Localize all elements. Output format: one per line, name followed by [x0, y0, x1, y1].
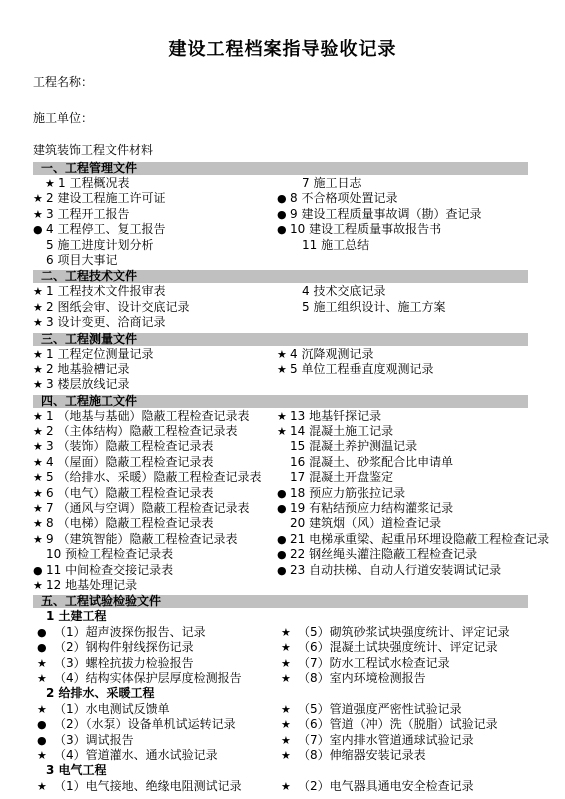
star-marker-icon: ★: [37, 656, 54, 671]
checklist-item: ★13 地基钎探记录: [277, 409, 528, 424]
star-marker-icon: ★: [281, 640, 298, 655]
checklist-item: ●8 不合格项处置记录: [277, 191, 528, 206]
star-marker-icon: ★: [33, 377, 46, 392]
item-text: 15 混凝土养护测温记录: [290, 439, 417, 453]
checklist-row: 6 项目大事记: [33, 253, 528, 268]
checklist-row: ★9 （建筑智能）隐蔽工程检查记录表●21 电梯承重梁、起重吊环埋设隐蔽工程检查…: [33, 532, 528, 547]
star-marker-icon: ★: [33, 470, 46, 485]
item-text: 20 建筑烟（风）道检查记录: [290, 516, 441, 530]
item-text: （6）混凝土试块强度统计、评定记录: [298, 640, 498, 654]
dot-marker-icon: ●: [37, 625, 54, 640]
checklist-item: 11 施工总结: [277, 238, 528, 253]
checklist-item: ●（1）超声波探伤报告、记录: [33, 625, 281, 640]
dot-marker-icon: ●: [277, 501, 290, 516]
star-marker-icon: ★: [33, 486, 46, 501]
section-header: 五、工程试验检验文件: [33, 595, 528, 608]
item-text: 2 （主体结构）隐蔽工程检查记录表: [46, 424, 237, 438]
dot-marker-icon: ●: [277, 563, 290, 578]
checklist-row: ★8 （电梯）隐蔽工程检查记录表20 建筑烟（风）道检查记录: [33, 516, 528, 531]
star-marker-icon: ★: [281, 625, 298, 640]
checklist-row: ★2 图纸会审、设计交底记录5 施工组织设计、施工方案: [33, 300, 528, 315]
checklist-item: ★3 （装饰）隐蔽工程检查记录表: [33, 439, 277, 454]
item-text: 8 （电梯）隐蔽工程检查记录表: [46, 516, 213, 530]
checklist-row: ★（4）结构实体保护层厚度检测报告★（8）室内环境检测报告: [33, 671, 528, 686]
checklist-item: ★2 地基验槽记录: [33, 362, 277, 377]
checklist-item: ★（5）砌筑砂浆试块强度统计、评定记录: [281, 625, 528, 640]
document-page: 建设工程档案指导验收记录 工程名称： 施工单位： 建筑装饰工程文件材料 一、工程…: [0, 0, 565, 799]
checklist-item: 15 混凝土养护测温记录: [277, 439, 528, 454]
item-text: 6 （电气）隐蔽工程检查记录表: [46, 486, 213, 500]
dot-marker-icon: ●: [33, 563, 46, 578]
checklist-item: ★9 （建筑智能）隐蔽工程检查记录表: [33, 532, 277, 547]
checklist-row: ★（4）管道灌水、通水试验记录★（8）伸缩器安装记录表: [33, 748, 528, 763]
checklist-item: 10 预检工程检查记录表: [33, 547, 277, 562]
dot-marker-icon: ●: [37, 717, 54, 732]
checklist-item: ●（2）钢构件射线探伤记录: [33, 640, 281, 655]
checklist-item: ★6 （电气）隐蔽工程检查记录表: [33, 486, 277, 501]
checklist-row: ★1 工程技术文件报审表4 技术交底记录: [33, 284, 528, 299]
checklist-item: ★3 楼层放线记录: [33, 377, 277, 392]
checklist-row: ★3 （装饰）隐蔽工程检查记录表15 混凝土养护测温记录: [33, 439, 528, 454]
checklist-row: ★1 （地基与基础）隐蔽工程检查记录表★13 地基钎探记录: [33, 409, 528, 424]
item-text: 3 楼层放线记录: [46, 377, 129, 391]
item-text: （2）（水泵）设备单机试运转记录: [54, 717, 236, 731]
checklist-item: ★5 单位工程垂直度观测记录: [277, 362, 528, 377]
checklist-item: ★（8）伸缩器安装记录表: [281, 748, 528, 763]
checklist-item: ★（8）室内环境检测报告: [281, 671, 528, 686]
checklist-item: ★2 （主体结构）隐蔽工程检查记录表: [33, 424, 277, 439]
checklist-item: ★4 （屋面）隐蔽工程检查记录表: [33, 455, 277, 470]
subsection-header: 1 土建工程: [33, 609, 528, 624]
star-marker-icon: ★: [33, 501, 46, 516]
star-marker-icon: ★: [277, 424, 290, 439]
dot-marker-icon: ●: [277, 222, 290, 237]
checklist-row: ●（1）超声波探伤报告、记录★（5）砌筑砂浆试块强度统计、评定记录: [33, 625, 528, 640]
star-marker-icon: ★: [37, 779, 54, 794]
checklist-item: 16 混凝土、砂浆配合比申请单: [277, 455, 528, 470]
checklist-row: ●（2）钢构件射线探伤记录★（6）混凝土试块强度统计、评定记录: [33, 640, 528, 655]
star-marker-icon: ★: [281, 733, 298, 748]
checklist-item: ●9 建设工程质量事故调（勘）查记录: [277, 207, 528, 222]
star-marker-icon: ★: [37, 748, 54, 763]
section-header: 二、工程技术文件: [33, 270, 528, 283]
document-content: 工程名称： 施工单位： 建筑装饰工程文件材料 一、工程管理文件★1 工程概况表7…: [33, 73, 528, 794]
checklist-item: ★（6）混凝土试块强度统计、评定记录: [281, 640, 528, 655]
star-marker-icon: ★: [33, 409, 46, 424]
dot-marker-icon: ●: [277, 532, 290, 547]
star-marker-icon: ★: [33, 516, 46, 531]
item-text: 4 工程停工、复工报告: [46, 222, 165, 236]
checklist-item: ●19 有粘结预应力结构灌浆记录: [277, 501, 528, 516]
item-text: 3 （装饰）隐蔽工程检查记录表: [46, 439, 213, 453]
checklist-item: [277, 315, 528, 330]
checklist-item: ●（2）（水泵）设备单机试运转记录: [33, 717, 281, 732]
checklist-item: ★2 建设工程施工许可证: [33, 191, 277, 206]
item-text: 19 有粘结预应力结构灌浆记录: [290, 501, 453, 515]
item-text: （2）钢构件射线探伤记录: [54, 640, 194, 654]
item-text: （5）管道强度严密性试验记录: [298, 702, 462, 716]
item-text: 2 地基验槽记录: [46, 362, 129, 376]
item-text: 5 （给排水、采暖）隐蔽工程检查记录表: [46, 470, 261, 484]
item-text: （1）电气接地、绝缘电阻测试记录: [54, 779, 242, 793]
item-text: （1）超声波探伤报告、记录: [54, 625, 206, 639]
checklist-item: 5 施工组织设计、施工方案: [277, 300, 528, 315]
checklist-item: ★1 工程技术文件报审表: [33, 284, 277, 299]
star-marker-icon: ★: [33, 578, 46, 593]
checklist-item: ★3 工程开工报告: [33, 207, 277, 222]
item-text: （4）结构实体保护层厚度检测报告: [54, 671, 242, 685]
checklist-item: ★（1）电气接地、绝缘电阻测试记录: [33, 779, 281, 794]
checklist-item: [277, 377, 528, 392]
checklist-item: 7 施工日志: [289, 176, 528, 191]
checklist-row: ●（3）调试报告★（7）室内排水管道通球试验记录: [33, 733, 528, 748]
item-text: （4）管道灌水、通水试验记录: [54, 748, 218, 762]
section-header: 一、工程管理文件: [33, 162, 528, 175]
item-text: 9 （建筑智能）隐蔽工程检查记录表: [46, 532, 237, 546]
checklist-row: ●（2）（水泵）设备单机试运转记录★（6）管道（冲）洗（脱脂）试验记录: [33, 717, 528, 732]
item-text: 10 建设工程质量事故报告书: [290, 222, 441, 236]
item-text: 12 地基处理记录: [46, 578, 137, 592]
checklist-row: ★7 （通风与空调）隐蔽工程检查记录表●19 有粘结预应力结构灌浆记录: [33, 501, 528, 516]
item-text: 16 混凝土、砂浆配合比申请单: [290, 455, 453, 469]
item-text: 3 设计变更、洽商记录: [46, 315, 165, 329]
item-text: 1 工程定位测量记录: [46, 347, 153, 361]
checklist-item: ★1 （地基与基础）隐蔽工程检查记录表: [33, 409, 277, 424]
dot-marker-icon: ●: [277, 207, 290, 222]
checklist-item: ●23 自动扶梯、自动人行道安装调试记录: [277, 563, 528, 578]
dot-marker-icon: ●: [277, 191, 290, 206]
checklist-item: ●18 预应力筋张拉记录: [277, 486, 528, 501]
star-marker-icon: ★: [281, 671, 298, 686]
section-header: 四、工程施工文件: [33, 395, 528, 408]
star-marker-icon: ★: [33, 315, 46, 330]
checklist-row: ★1 工程定位测量记录★4 沉降观测记录: [33, 347, 528, 362]
checklist-row: ★（1）水电测试反馈单★（5）管道强度严密性试验记录: [33, 702, 528, 717]
star-marker-icon: ★: [277, 409, 290, 424]
checklist-row: ★2 （主体结构）隐蔽工程检查记录表★14 混凝土施工记录: [33, 424, 528, 439]
checklist-row: ★3 设计变更、洽商记录: [33, 315, 528, 330]
checklist-item: ★3 设计变更、洽商记录: [33, 315, 277, 330]
checklist-row: ★5 （给排水、采暖）隐蔽工程检查记录表17 混凝土开盘鉴定: [33, 470, 528, 485]
item-text: 1 工程技术文件报审表: [46, 284, 165, 298]
item-text: 7 （通风与空调）隐蔽工程检查记录表: [46, 501, 249, 515]
dot-marker-icon: ●: [37, 640, 54, 655]
checklist-row: ★（1）电气接地、绝缘电阻测试记录★（2）电气器具通电安全检查记录: [33, 779, 528, 794]
star-marker-icon: ★: [33, 455, 46, 470]
checklist-item: 4 技术交底记录: [277, 284, 528, 299]
checklist-item: [277, 253, 528, 268]
checklist-row: ★1 工程概况表7 施工日志: [33, 176, 528, 191]
item-text: 11 中间检查交接记录表: [46, 563, 173, 577]
checklist-item: ★5 （给排水、采暖）隐蔽工程检查记录表: [33, 470, 277, 485]
item-text: 23 自动扶梯、自动人行道安装调试记录: [290, 563, 501, 577]
star-marker-icon: ★: [33, 284, 46, 299]
checklist-row: ●4 工程停工、复工报告●10 建设工程质量事故报告书: [33, 222, 528, 237]
item-text: 4 沉降观测记录: [290, 347, 373, 361]
item-text: 5 施工进度计划分析: [46, 238, 153, 252]
document-meta: 工程名称： 施工单位： 建筑装饰工程文件材料: [33, 73, 528, 158]
checklist-item: ★（1）水电测试反馈单: [33, 702, 281, 717]
checklist-item: ●4 工程停工、复工报告: [33, 222, 277, 237]
item-text: 10 预检工程检查记录表: [46, 547, 173, 561]
item-text: 5 单位工程垂直度观测记录: [290, 362, 433, 376]
checklist-item: ★2 图纸会审、设计交底记录: [33, 300, 277, 315]
item-text: 4 技术交底记录: [302, 284, 385, 298]
checklist-item: ★（4）结构实体保护层厚度检测报告: [33, 671, 281, 686]
dot-marker-icon: ●: [33, 222, 46, 237]
star-marker-icon: ★: [33, 207, 46, 222]
document-category-label: 建筑装饰工程文件材料: [33, 141, 528, 158]
item-text: 3 工程开工报告: [46, 207, 129, 221]
item-text: 13 地基钎探记录: [290, 409, 381, 423]
star-marker-icon: ★: [33, 347, 46, 362]
item-text: （8）伸缩器安装记录表: [298, 748, 426, 762]
checklist-item: 17 混凝土开盘鉴定: [277, 470, 528, 485]
item-text: 21 电梯承重梁、起重吊环埋设隐蔽工程检查记录: [290, 532, 549, 546]
checklist-item: ★（2）电气器具通电安全检查记录: [281, 779, 528, 794]
subsection-header: 2 给排水、采暖工程: [33, 686, 528, 701]
star-marker-icon: ★: [281, 702, 298, 717]
checklist-row: ★4 （屋面）隐蔽工程检查记录表16 混凝土、砂浆配合比申请单: [33, 455, 528, 470]
star-marker-icon: ★: [33, 424, 46, 439]
item-text: （7）防水工程试水检查记录: [298, 656, 450, 670]
checklist-row: 5 施工进度计划分析11 施工总结: [33, 238, 528, 253]
page-title: 建设工程档案指导验收记录: [0, 0, 565, 62]
checklist-row: ●11 中间检查交接记录表●23 自动扶梯、自动人行道安装调试记录: [33, 563, 528, 578]
item-text: 14 混凝土施工记录: [290, 424, 393, 438]
star-marker-icon: ★: [37, 671, 54, 686]
checklist-row: 10 预检工程检查记录表●22 钢丝绳头灌注隐蔽工程检查记录: [33, 547, 528, 562]
star-marker-icon: ★: [37, 702, 54, 717]
star-marker-icon: ★: [33, 439, 46, 454]
checklist-item: ●21 电梯承重梁、起重吊环埋设隐蔽工程检查记录: [277, 532, 549, 547]
checklist-item: ●11 中间检查交接记录表: [33, 563, 277, 578]
item-text: 7 施工日志: [302, 176, 361, 190]
item-text: （6）管道（冲）洗（脱脂）试验记录: [298, 717, 498, 731]
checklist-item: ★（5）管道强度严密性试验记录: [281, 702, 528, 717]
star-marker-icon: ★: [33, 532, 46, 547]
item-text: 22 钢丝绳头灌注隐蔽工程检查记录: [290, 547, 477, 561]
item-text: 1 （地基与基础）隐蔽工程检查记录表: [46, 409, 249, 423]
star-marker-icon: ★: [281, 656, 298, 671]
item-text: 4 （屋面）隐蔽工程检查记录表: [46, 455, 213, 469]
checklist-item: [277, 578, 528, 593]
checklist-item: ★（4）管道灌水、通水试验记录: [33, 748, 281, 763]
checklist-row: ★3 工程开工报告●9 建设工程质量事故调（勘）查记录: [33, 207, 528, 222]
item-text: （8）室内环境检测报告: [298, 671, 426, 685]
checklist-item: ★8 （电梯）隐蔽工程检查记录表: [33, 516, 277, 531]
item-text: 11 施工总结: [302, 238, 369, 252]
checklist-item: ★（6）管道（冲）洗（脱脂）试验记录: [281, 717, 528, 732]
star-marker-icon: ★: [33, 191, 46, 206]
checklist-item: ★（7）室内排水管道通球试验记录: [281, 733, 528, 748]
star-marker-icon: ★: [277, 362, 290, 377]
item-text: 18 预应力筋张拉记录: [290, 486, 405, 500]
checklist-item: 5 施工进度计划分析: [33, 238, 277, 253]
item-text: 6 项目大事记: [46, 253, 117, 267]
item-text: （2）电气器具通电安全检查记录: [298, 779, 474, 793]
item-text: 9 建设工程质量事故调（勘）查记录: [290, 207, 481, 221]
checklist-item: ★1 工程定位测量记录: [33, 347, 277, 362]
checklist-item: ●10 建设工程质量事故报告书: [277, 222, 528, 237]
checklist-item: ★（3）螺栓抗拔力检验报告: [33, 656, 281, 671]
item-text: 2 建设工程施工许可证: [46, 191, 165, 205]
star-marker-icon: ★: [45, 176, 58, 191]
checklist-item: ★7 （通风与空调）隐蔽工程检查记录表: [33, 501, 277, 516]
item-text: 1 工程概况表: [58, 176, 129, 190]
checklist-row: ★3 楼层放线记录: [33, 377, 528, 392]
item-text: 8 不合格项处置记录: [290, 191, 397, 205]
star-marker-icon: ★: [281, 717, 298, 732]
checklist-row: ★（3）螺栓抗拔力检验报告★（7）防水工程试水检查记录: [33, 656, 528, 671]
checklist-row: ★6 （电气）隐蔽工程检查记录表●18 预应力筋张拉记录: [33, 486, 528, 501]
item-text: 2 图纸会审、设计交底记录: [46, 300, 189, 314]
dot-marker-icon: ●: [277, 547, 290, 562]
checklist-item: ★（7）防水工程试水检查记录: [281, 656, 528, 671]
project-name-label: 工程名称：: [33, 73, 528, 90]
item-text: （1）水电测试反馈单: [54, 702, 170, 716]
checklist-item: 20 建筑烟（风）道检查记录: [277, 516, 528, 531]
dot-marker-icon: ●: [37, 733, 54, 748]
checklist-item: 6 项目大事记: [33, 253, 277, 268]
checklist-item: ★14 混凝土施工记录: [277, 424, 528, 439]
star-marker-icon: ★: [281, 748, 298, 763]
checklist-row: ★2 地基验槽记录★5 单位工程垂直度观测记录: [33, 362, 528, 377]
item-text: （3）调试报告: [54, 733, 134, 747]
item-text: 5 施工组织设计、施工方案: [302, 300, 445, 314]
dot-marker-icon: ●: [277, 486, 290, 501]
star-marker-icon: ★: [33, 362, 46, 377]
item-text: 17 混凝土开盘鉴定: [290, 470, 393, 484]
checklist-item: ●22 钢丝绳头灌注隐蔽工程检查记录: [277, 547, 528, 562]
sections: 一、工程管理文件★1 工程概况表7 施工日志★2 建设工程施工许可证●8 不合格…: [33, 162, 528, 794]
checklist-item: ★12 地基处理记录: [33, 578, 277, 593]
checklist-row: ★2 建设工程施工许可证●8 不合格项处置记录: [33, 191, 528, 206]
checklist-item: ★1 工程概况表: [33, 176, 289, 191]
star-marker-icon: ★: [281, 779, 298, 794]
item-text: （5）砌筑砂浆试块强度统计、评定记录: [298, 625, 510, 639]
star-marker-icon: ★: [277, 347, 290, 362]
checklist-item: ★4 沉降观测记录: [277, 347, 528, 362]
checklist-row: ★12 地基处理记录: [33, 578, 528, 593]
item-text: （7）室内排水管道通球试验记录: [298, 733, 474, 747]
checklist-item: ●（3）调试报告: [33, 733, 281, 748]
section-header: 三、工程测量文件: [33, 333, 528, 346]
subsection-header: 3 电气工程: [33, 763, 528, 778]
construction-unit-label: 施工单位：: [33, 109, 528, 126]
star-marker-icon: ★: [33, 300, 46, 315]
item-text: （3）螺栓抗拔力检验报告: [54, 656, 194, 670]
